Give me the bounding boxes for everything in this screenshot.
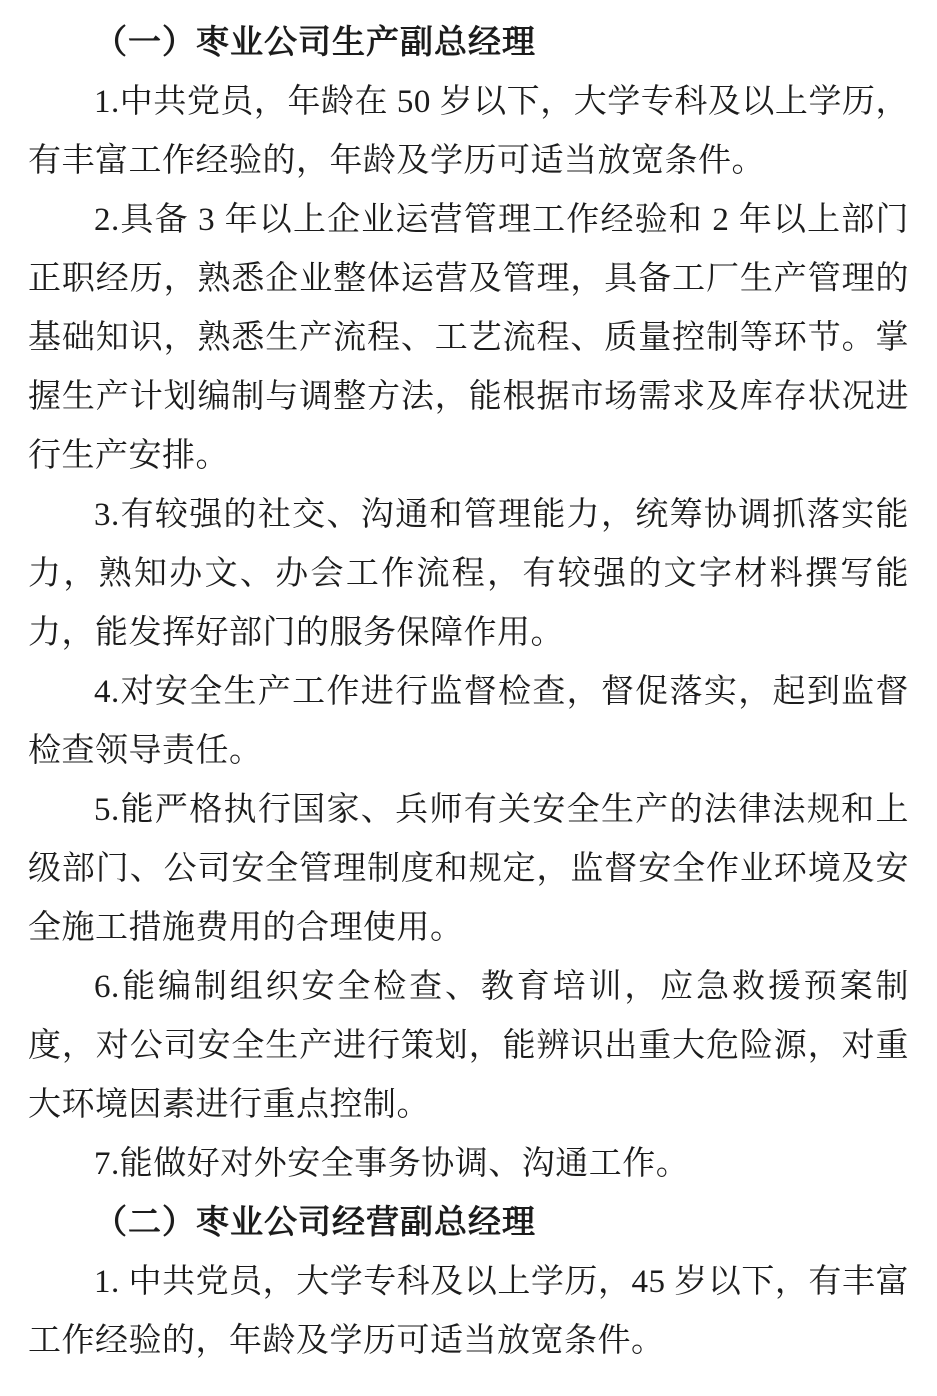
requirement-item-3: 3.有较强的社交、沟通和管理能力，统筹协调抓落实能力，熟知办文、办会工作流程，有… bbox=[28, 486, 909, 663]
requirement-item-2: 2.具备 3 年以上企业运营管理工作经验和 2 年以上部门正职经历，熟悉企业整体… bbox=[28, 191, 909, 486]
requirement-item-1: 1.中共党员，年龄在 50 岁以下，大学专科及以上学历，有丰富工作经验的，年龄及… bbox=[28, 73, 909, 191]
document-page: （一）枣业公司生产副总经理 1.中共党员，年龄在 50 岁以下，大学专科及以上学… bbox=[0, 0, 937, 1396]
section-heading-operations-deputy-gm: （二）枣业公司经营副总经理 bbox=[28, 1194, 909, 1253]
requirement-item-4: 4.对安全生产工作进行监督检查，督促落实，起到监督检查领导责任。 bbox=[28, 663, 909, 781]
requirement-item-7: 7.能做好对外安全事务协调、沟通工作。 bbox=[28, 1135, 909, 1194]
section-heading-production-deputy-gm: （一）枣业公司生产副总经理 bbox=[28, 14, 909, 73]
document-body: （一）枣业公司生产副总经理 1.中共党员，年龄在 50 岁以下，大学专科及以上学… bbox=[28, 14, 909, 1371]
requirement-item-1-section-2: 1. 中共党员，大学专科及以上学历，45 岁以下，有丰富工作经验的，年龄及学历可… bbox=[28, 1253, 909, 1371]
requirement-item-5: 5.能严格执行国家、兵师有关安全生产的法律法规和上级部门、公司安全管理制度和规定… bbox=[28, 781, 909, 958]
requirement-item-6: 6.能编制组织安全检查、教育培训，应急救援预案制度，对公司安全生产进行策划，能辨… bbox=[28, 958, 909, 1135]
